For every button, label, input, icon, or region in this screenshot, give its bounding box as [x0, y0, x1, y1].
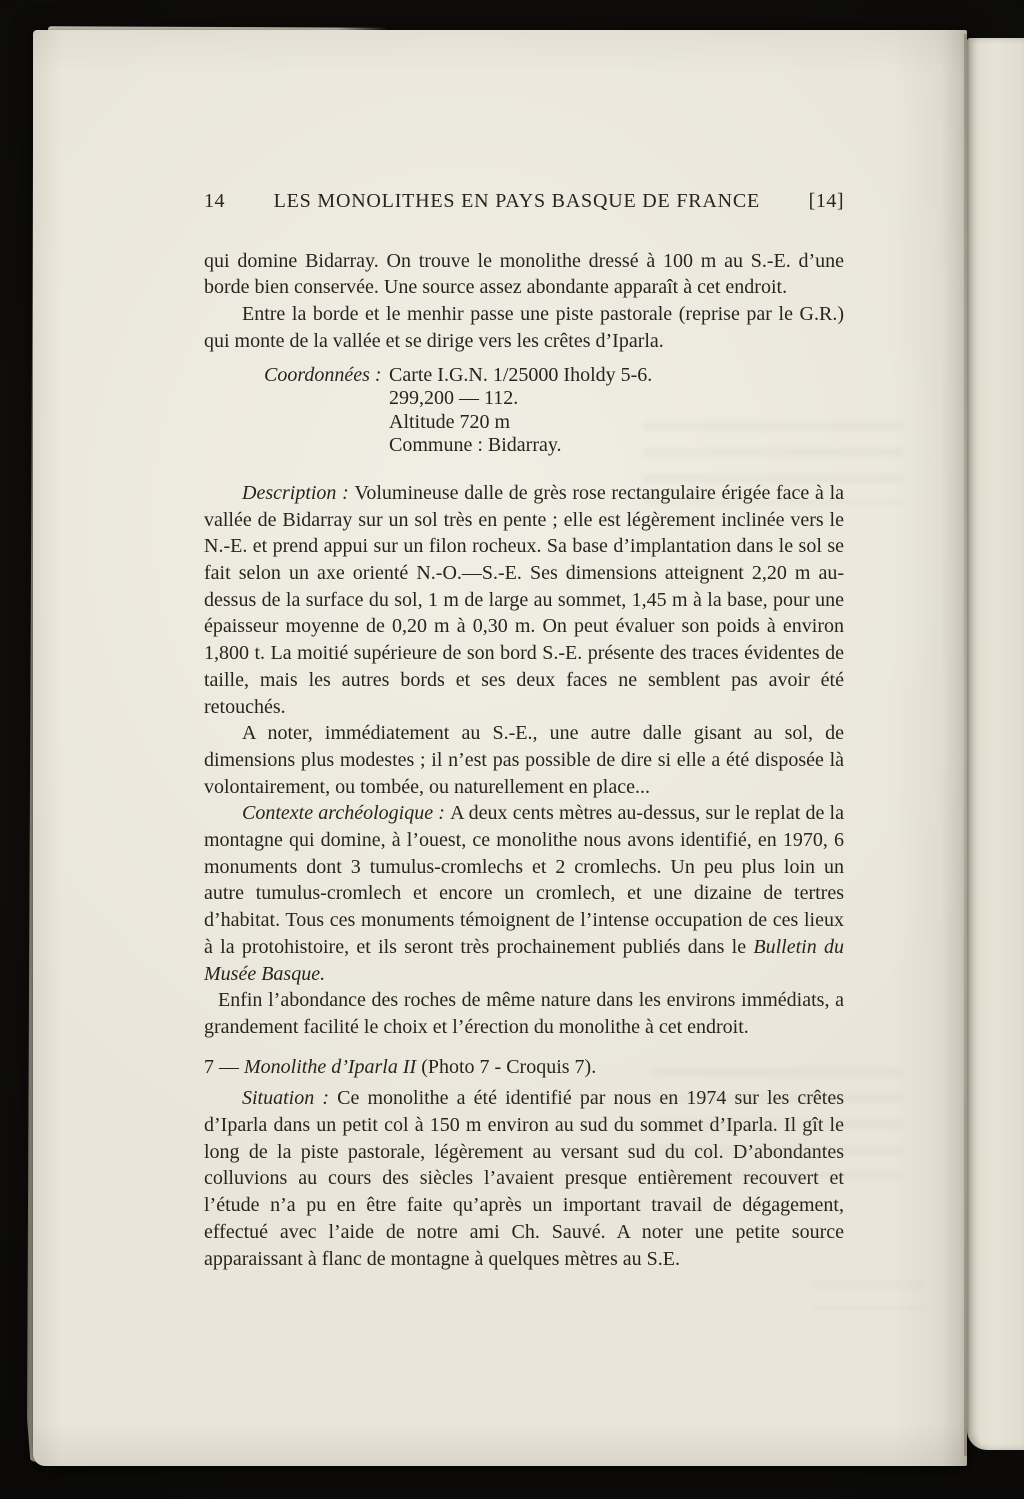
- book-page: 14 LES MONOLITHES EN PAYS BASQUE DE FRAN…: [33, 30, 967, 1466]
- coordinate-line-commune: Commune : Bidarray.: [389, 434, 844, 458]
- folio-left: 14: [204, 188, 225, 215]
- paragraph-description: Description : Volumineuse dalle de grès …: [204, 480, 844, 720]
- coordinates-lines: Carte I.G.N. 1/25000 Iholdy 5-6. 299,200…: [389, 364, 844, 458]
- show-through-text: [813, 1280, 923, 1310]
- description-text: Volumineuse dalle de grès rose rectangul…: [204, 482, 844, 718]
- situation-text: Ce monolithe a été identifié par nous en…: [204, 1087, 844, 1269]
- contexte-text: A deux cents mètres au-dessus, sur le re…: [204, 802, 844, 958]
- coordinate-line-map: Carte I.G.N. 1/25000 Iholdy 5-6.: [389, 364, 844, 388]
- gutter-crease: [964, 34, 967, 1456]
- paragraph-enfin: Enfin l’abondance des roches de même nat…: [204, 987, 844, 1040]
- folio-right: [14]: [809, 188, 844, 215]
- facing-page-edge: [967, 38, 1024, 1450]
- coordinate-line-altitude: Altitude 720 m: [389, 411, 844, 435]
- section-title: Monolithe d’Iparla II: [244, 1056, 416, 1078]
- section-number: 7 —: [204, 1056, 244, 1078]
- contexte-label: Contexte archéologique :: [242, 802, 450, 824]
- coordinates-block: Coordonnées : Carte I.G.N. 1/25000 Ihold…: [204, 364, 844, 458]
- section-suffix: (Photo 7 - Croquis 7).: [416, 1056, 596, 1078]
- paragraph-a-noter: A noter, immédiatement au S.-E., une aut…: [204, 720, 844, 800]
- situation-label: Situation :: [242, 1087, 337, 1109]
- section-heading: 7 — Monolithe d’Iparla II (Photo 7 - Cro…: [204, 1054, 844, 1081]
- paragraph-contexte: Contexte archéologique : A deux cents mè…: [204, 800, 844, 987]
- page-header: 14 LES MONOLITHES EN PAYS BASQUE DE FRAN…: [204, 188, 844, 215]
- text-block: 14 LES MONOLITHES EN PAYS BASQUE DE FRAN…: [204, 188, 844, 1272]
- paragraph-situation: Situation : Ce monolithe a été identifié…: [204, 1085, 844, 1272]
- running-title: LES MONOLITHES EN PAYS BASQUE DE FRANCE: [274, 188, 760, 215]
- paragraph-continuation: qui domine Bidarray. On trouve le monoli…: [204, 248, 844, 301]
- coordinate-line-grid: 299,200 — 112.: [389, 387, 844, 411]
- coordinates-label: Coordonnées :: [204, 364, 389, 458]
- description-label: Description :: [242, 482, 354, 504]
- paragraph-entre: Entre la borde et le menhir passe une pi…: [204, 301, 844, 354]
